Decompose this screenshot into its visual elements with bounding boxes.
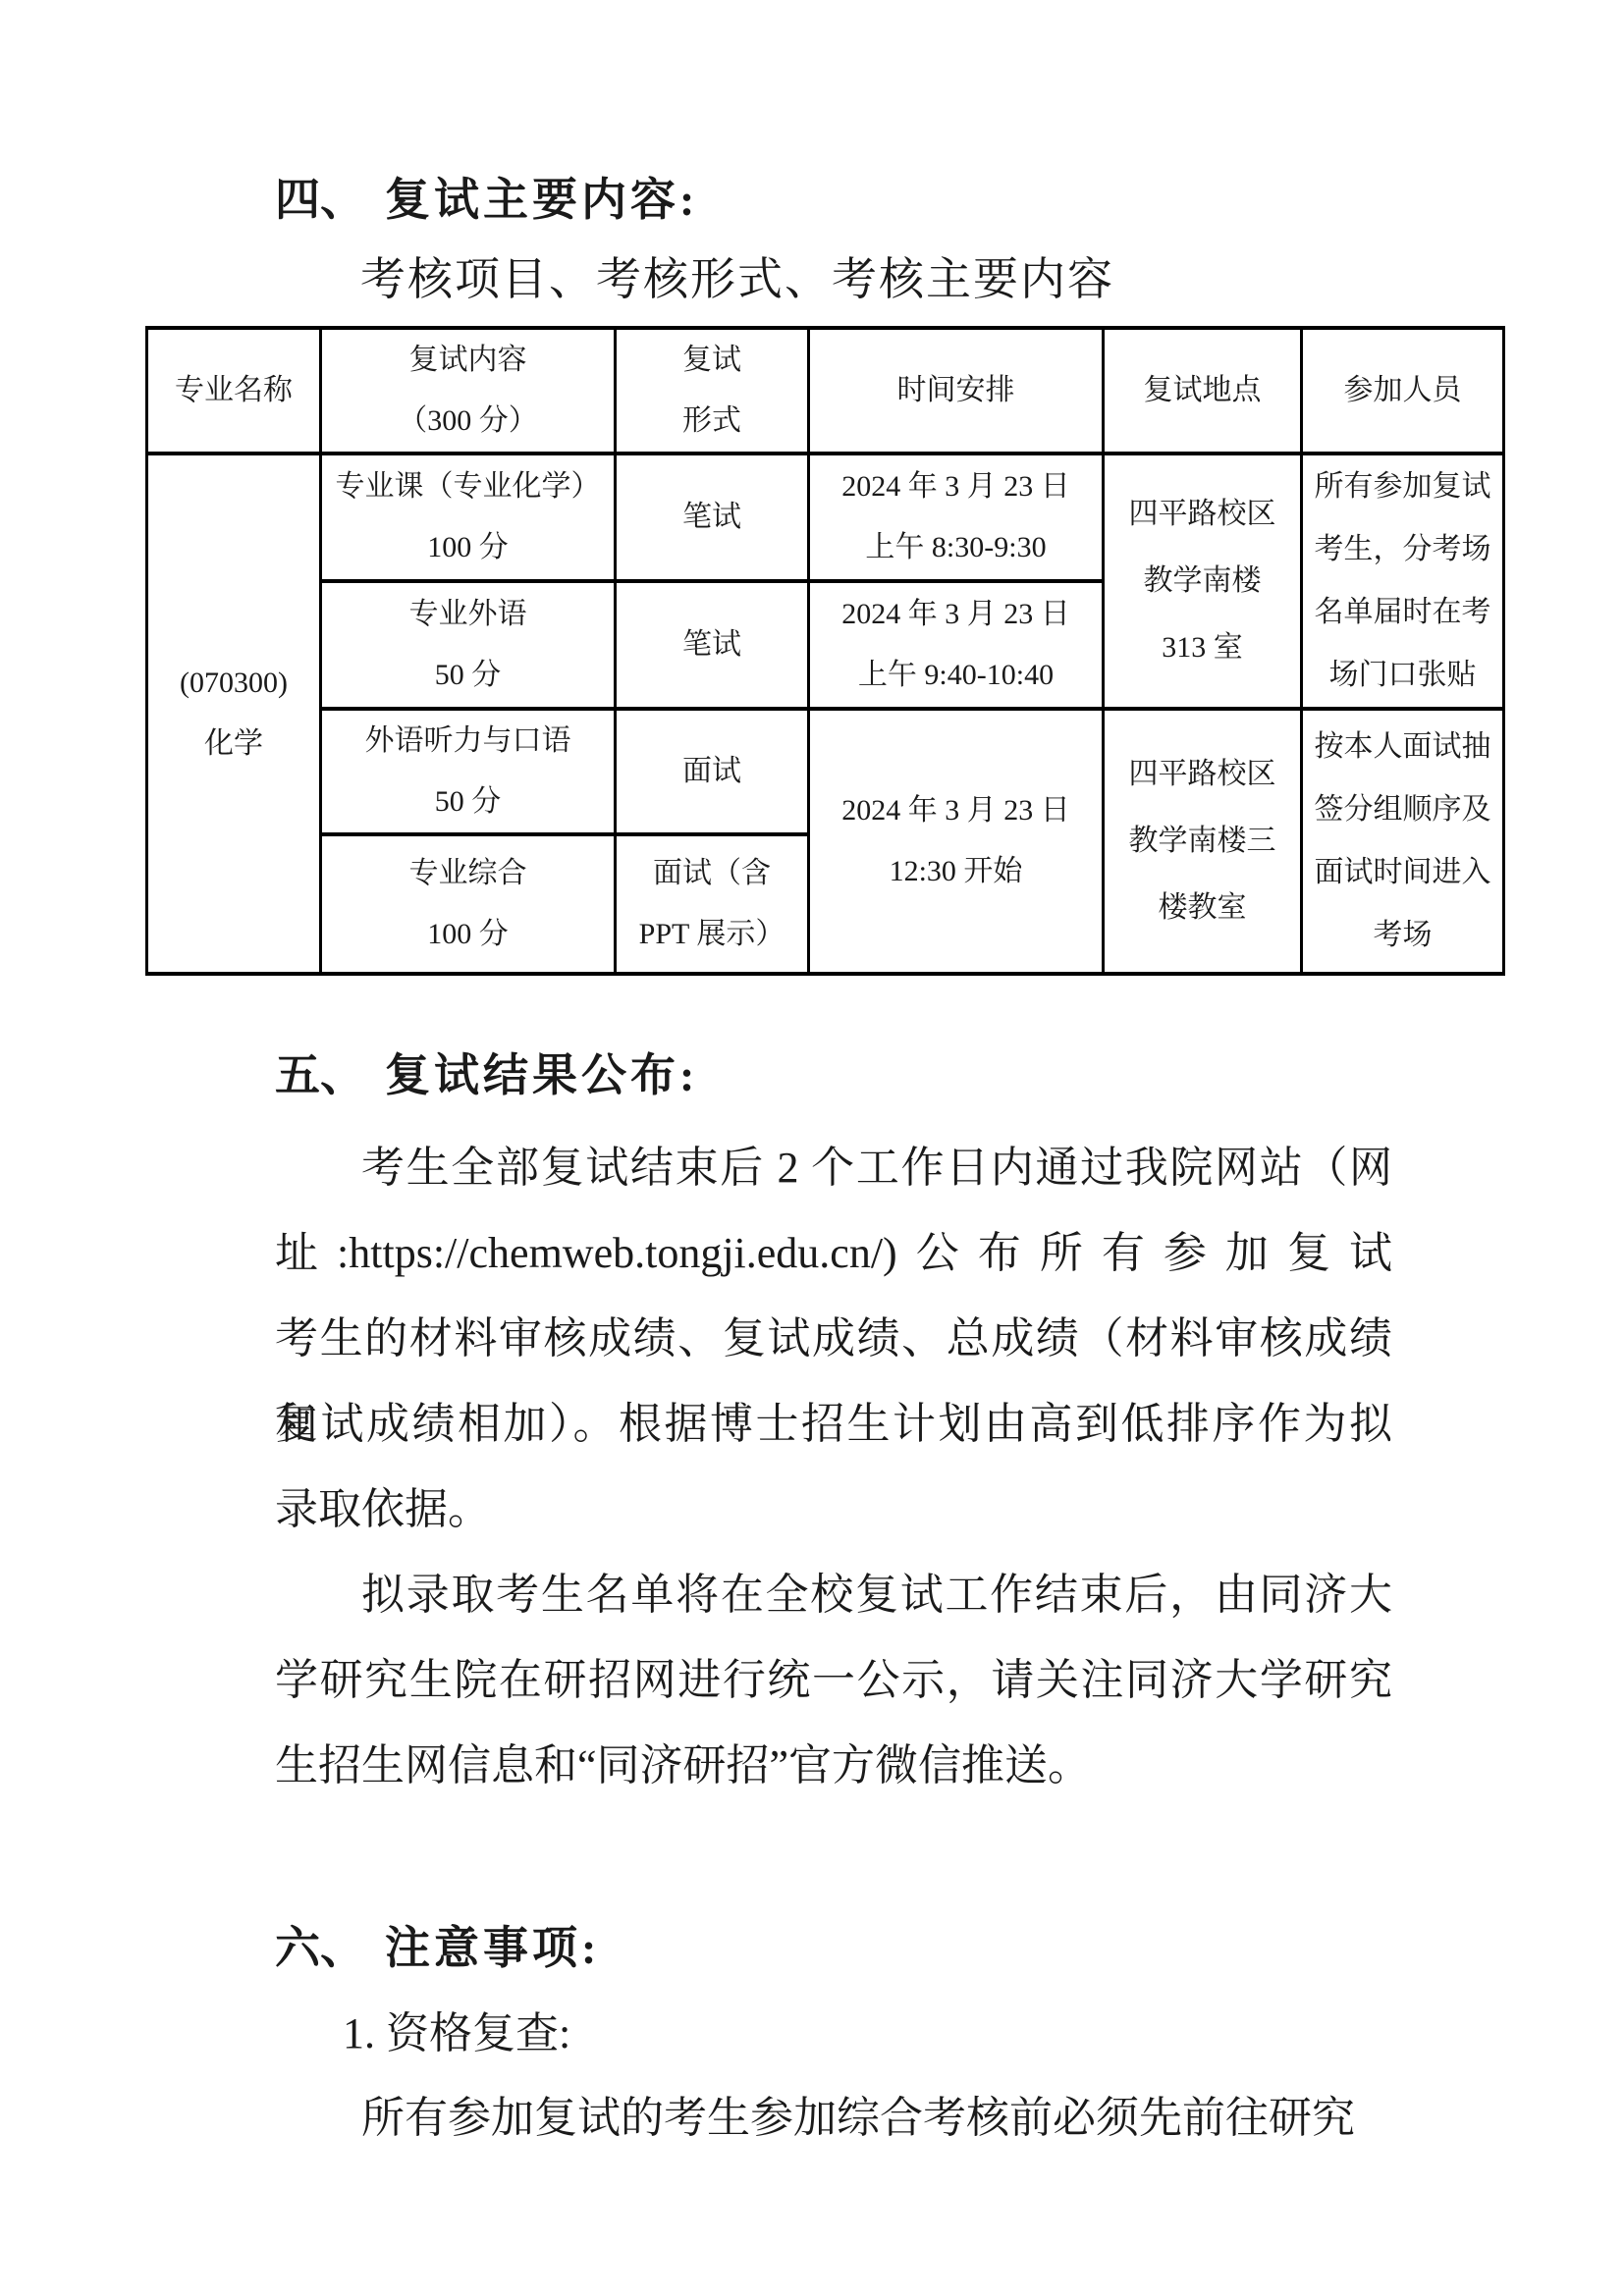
cell-participants-rows12: 所有参加复试 考生，分考场 名单届时在考 场门口张贴 [1302,454,1504,709]
header-form: 复试 形式 [616,328,809,454]
paragraph-line: 复试成绩相加）。根据博士招生计划由高到低排序作为拟 [275,1381,1392,1467]
cell-form-row1: 笔试 [616,454,809,581]
cell-content-row3: 外语听力与口语 50 分 [321,709,616,834]
document-page: 四、复试主要内容: 考核项目、考核形式、考核主要内容 专业名称 复试内容 （30… [0,0,1624,2296]
section5-number: 五、 [275,1045,385,1106]
header-time: 时间安排 [809,328,1104,454]
cell-form-row4: 面试（含 PPT 展示） [616,834,809,974]
section5-heading: 五、复试结果公布: [275,1045,698,1106]
cell-form-row3: 面试 [616,709,809,834]
section6-heading: 六、注意事项: [275,1918,600,1979]
section4-heading: 四、复试主要内容: [275,170,698,231]
header-location: 复试地点 [1104,328,1302,454]
section5-paragraphs: 考生全部复试结束后 2 个工作日内通过我院网站（网 址:https://chem… [275,1125,1392,1808]
paragraph-line: 学研究生院在研招网进行统一公示，请关注同济大学研究 [275,1637,1392,1723]
header-content: 复试内容 （300 分） [321,328,616,454]
paragraph-line: 录取依据。 [275,1467,1392,1552]
cell-time-rows34: 2024 年 3 月 23 日 12:30 开始 [809,709,1104,974]
cell-content-row2: 专业外语 50 分 [321,581,616,709]
paragraph-line: 拟录取考生名单将在全校复试工作结束后，由同济大 [275,1552,1392,1637]
cell-form-row2: 笔试 [616,581,809,709]
paragraph-line: 考生全部复试结束后 2 个工作日内通过我院网站（网 [275,1125,1392,1210]
section5-title: 复试结果公布: [385,1050,698,1100]
table-header-row: 专业名称 复试内容 （300 分） 复试 形式 时间安排 复试地点 参加人员 [147,328,1504,454]
cell-time-row2: 2024 年 3 月 23 日 上午 9:40-10:40 [809,581,1104,709]
paragraph-line: 生招生网信息和“同济研招”官方微信推送。 [275,1723,1392,1808]
cell-participants-rows34: 按本人面试抽 签分组顺序及 面试时间进入 考场 [1302,709,1504,974]
paragraph-line: 考生的材料审核成绩、复试成绩、总成绩（材料审核成绩和 [275,1296,1392,1381]
table-row: 外语听力与口语 50 分 面试 2024 年 3 月 23 日 12:30 开始… [147,709,1504,834]
header-participants: 参加人员 [1302,328,1504,454]
header-major: 专业名称 [147,328,321,454]
cell-location-rows34: 四平路校区 教学南楼三 楼教室 [1104,709,1302,974]
cell-content-row1: 专业课（专业化学） 100 分 [321,454,616,581]
section6-line: 所有参加复试的考生参加综合考核前必须先前往研究 [361,2075,1355,2161]
section4-title: 复试主要内容: [385,175,698,225]
cell-content-row4: 专业综合 100 分 [321,834,616,974]
paragraph-line: 址:https://chemweb.tongji.edu.cn/)公布所有参加复… [275,1210,1392,1296]
cell-major: (070300) 化学 [147,454,321,974]
section4-subtitle: 考核项目、考核形式、考核主要内容 [360,250,1114,309]
section6-item1: 1. 资格复查: [343,1991,570,2076]
section4-number: 四、 [275,170,385,231]
section6-title: 注意事项: [385,1923,600,1973]
table-row: (070300) 化学 专业课（专业化学） 100 分 笔试 2024 年 3 … [147,454,1504,581]
cell-location-rows12: 四平路校区 教学南楼 313 室 [1104,454,1302,709]
cell-time-row1: 2024 年 3 月 23 日 上午 8:30-9:30 [809,454,1104,581]
section6-number: 六、 [275,1918,385,1979]
assessment-table: 专业名称 复试内容 （300 分） 复试 形式 时间安排 复试地点 参加人员 (… [145,326,1505,976]
